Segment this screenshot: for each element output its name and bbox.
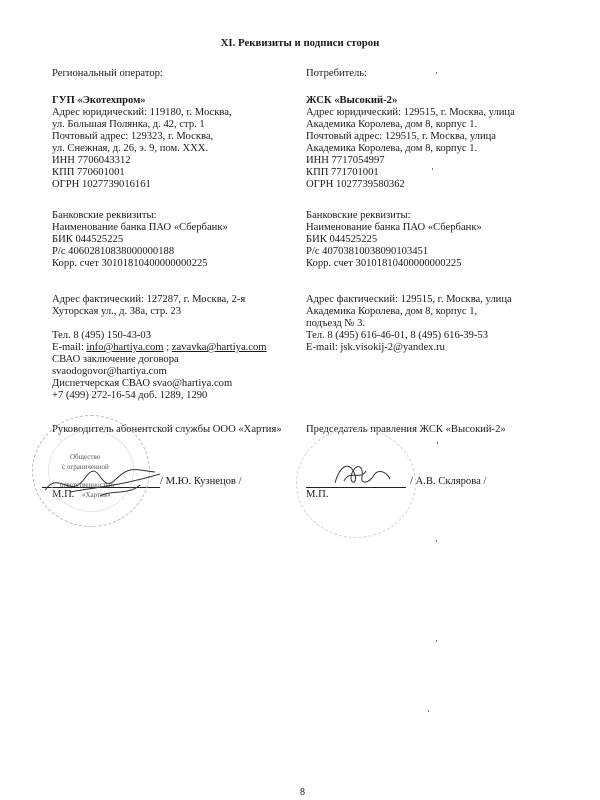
left-signatory-name: / М.Ю. Кузнецов /	[160, 476, 242, 488]
left-svao-contract-1: СВАО заключение договора	[52, 354, 179, 366]
page-number: 8	[300, 787, 305, 798]
left-inn: ИНН 7706043312	[52, 155, 131, 167]
left-dispatch: Диспетчерская СВАО svao@hartiya.com	[52, 378, 232, 390]
left-corr-account: Корр. счет 30101810400000000225	[52, 258, 207, 270]
right-email: E-mail: jsk.visokij-2@yandex.ru	[306, 342, 445, 354]
left-signature-icon	[40, 460, 170, 505]
left-legal-address-2: ул. Большая Полянка, д. 42, стр. 1	[52, 119, 205, 131]
left-bank-name: Наименование банка ПАО «Сбербанк»	[52, 222, 228, 234]
scan-speck	[436, 640, 437, 642]
left-org-name: ГУП «Экотехпром»	[52, 95, 146, 107]
email-link-info[interactable]: info@hartiya.com	[86, 342, 163, 353]
right-signature-icon	[330, 455, 400, 490]
right-kpp: КПП 771701001	[306, 167, 379, 179]
right-corr-account: Корр. счет 30101810400000000225	[306, 258, 461, 270]
right-signatory-name: / А.В. Склярова /	[410, 476, 486, 488]
right-org-name: ЖСК «Высокий-2»	[306, 95, 397, 107]
right-account: Р/с 40703810038090103451	[306, 246, 428, 258]
left-postal-address-1: Почтовый адрес: 129323, г. Москва,	[52, 131, 213, 143]
right-ogrn: ОГРН 1027739580362	[306, 179, 405, 191]
left-kpp: КПП 770601001	[52, 167, 125, 179]
left-bank-heading: Банковские реквизиты:	[52, 210, 157, 222]
left-legal-address-1: Адрес юридический: 119180, г. Москва,	[52, 107, 232, 119]
left-ogrn: ОГРН 1027739016161	[52, 179, 151, 191]
right-bank-name: Наименование банка ПАО «Сбербанк»	[306, 222, 482, 234]
left-actual-address-2: Хуторская ул., д. 38а, стр. 23	[52, 306, 181, 318]
left-svao-contract-2: svaodogovor@hartiya.com	[52, 366, 167, 378]
scan-speck	[428, 710, 429, 712]
scan-speck	[432, 168, 433, 170]
left-postal-address-2: ул. Снежная, д. 26, э. 9, пом. XXX.	[52, 143, 208, 155]
right-actual-address-1: Адрес фактический: 129515, г. Москва, ул…	[306, 294, 512, 306]
right-bik: БИК 044525225	[306, 234, 377, 246]
right-actual-address-2: Академика Королева, дом 8, корпус 1,	[306, 306, 477, 318]
scan-speck	[436, 540, 437, 542]
left-phone: Тел. 8 (495) 150-43-03	[52, 330, 151, 342]
email-separator: ;	[164, 342, 172, 353]
document-title: XI. Реквизиты и подписи сторон	[0, 37, 600, 49]
right-actual-address-3: подъезд № 3.	[306, 318, 365, 330]
left-account: Р/с 40602810838000000188	[52, 246, 174, 258]
right-phone: Тел. 8 (495) 616-46-01, 8 (495) 616-39-5…	[306, 330, 488, 342]
left-dispatch-phone: +7 (499) 272-16-54 доб. 1289, 1290	[52, 390, 207, 402]
scan-speck	[437, 442, 438, 444]
right-postal-address-2: Академика Королева, дом 8, корпус 1.	[306, 143, 477, 155]
right-inn: ИНН 7717054997	[306, 155, 385, 167]
right-legal-address-1: Адрес юридический: 129515, г. Москва, ул…	[306, 107, 515, 119]
left-email-label: E-mail:	[52, 342, 86, 353]
right-postal-address-1: Почтовый адрес: 129515, г. Москва, улица	[306, 131, 496, 143]
right-bank-heading: Банковские реквизиты:	[306, 210, 411, 222]
email-link-zavavka[interactable]: zavavka@hartiya.com	[172, 342, 267, 353]
scan-speck	[436, 72, 437, 74]
right-heading: Потребитель:	[306, 68, 367, 80]
left-actual-address-1: Адрес фактический: 127287, г. Москва, 2-…	[52, 294, 245, 306]
left-heading: Региональный оператор:	[52, 68, 163, 80]
left-email-line: E-mail: info@hartiya.com ; zavavka@harti…	[52, 342, 267, 354]
right-legal-address-2: Академика Королева, дом 8, корпус 1.	[306, 119, 477, 131]
left-bik: БИК 044525225	[52, 234, 123, 246]
